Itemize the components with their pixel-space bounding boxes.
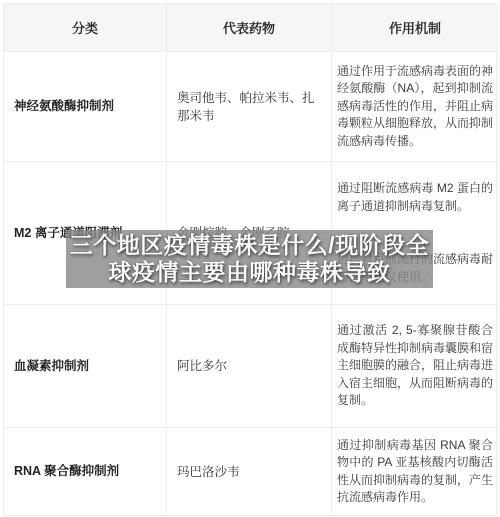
category-label: 神经氨酸酶抑制剂 xyxy=(14,98,114,115)
mechanism-text: 通过作用于流感病毒表面的神经氨酸酶（NA），起到抑制流感病毒活性的作用，并阻止病… xyxy=(337,63,493,151)
header-cell-drugs: 代表药物 xyxy=(167,4,332,52)
drugs-label: 阿比多尔 xyxy=(177,357,227,375)
header-cell-category: 分类 xyxy=(4,4,167,52)
drugs-cell: 奥司他韦、帕拉米韦、扎那米韦 xyxy=(167,52,332,162)
mechanism-text: 通过激活 2, 5-寡聚腺苷酸合成酶特异性抑制病毒囊膜和宿主细胞膜的融合，阻止病… xyxy=(337,322,493,410)
mechanism-cell: 通过抑制病毒基因 RNA 聚合物中的 PA 亚基核酸内切酶活性从而抑制病毒的复制… xyxy=(332,428,498,515)
overlay-title-line2: 球疫情主要由哪种毒株导致 xyxy=(109,259,391,286)
drugs-label: 玛巴洛沙韦 xyxy=(177,463,240,481)
mechanism-text: 通过抑制病毒基因 RNA 聚合物中的 PA 亚基核酸内切酶活性从而抑制病毒的复制… xyxy=(337,437,493,507)
header-mechanism-label: 作用机制 xyxy=(389,18,441,37)
category-cell: RNA 聚合酶抑制剂 xyxy=(4,428,167,515)
article-title-overlay: 三个地区疫情毒株是什么/现阶段全 球疫情主要由哪种毒株导致 xyxy=(66,230,433,288)
category-label: RNA 聚合酶抑制剂 xyxy=(14,463,119,480)
drugs-label: 奥司他韦、帕拉米韦、扎那米韦 xyxy=(177,89,323,125)
category-cell: 神经氨酸酶抑制剂 xyxy=(4,52,167,162)
category-label: 血凝素抑制剂 xyxy=(14,358,89,375)
mechanism-cell: 通过作用于流感病毒表面的神经氨酸酶（NA），起到抑制流感病毒活性的作用，并阻止病… xyxy=(332,52,498,162)
mechanism-cell: 通过激活 2, 5-寡聚腺苷酸合成酶特异性抑制病毒囊膜和宿主细胞膜的融合，阻止病… xyxy=(332,305,498,428)
drugs-cell: 玛巴洛沙韦 xyxy=(167,428,332,515)
mechanism-text: 通过阻断流感病毒 M2 蛋白的离子通道抑制病毒复制。 xyxy=(337,180,493,215)
category-cell: 血凝素抑制剂 xyxy=(4,305,167,428)
overlay-title-line1: 三个地区疫情毒株是什么/现阶段全 xyxy=(70,232,429,259)
header-cell-mechanism: 作用机制 xyxy=(332,4,498,52)
header-category-label: 分类 xyxy=(72,18,98,37)
drugs-cell: 阿比多尔 xyxy=(167,305,332,428)
header-drugs-label: 代表药物 xyxy=(223,18,275,37)
